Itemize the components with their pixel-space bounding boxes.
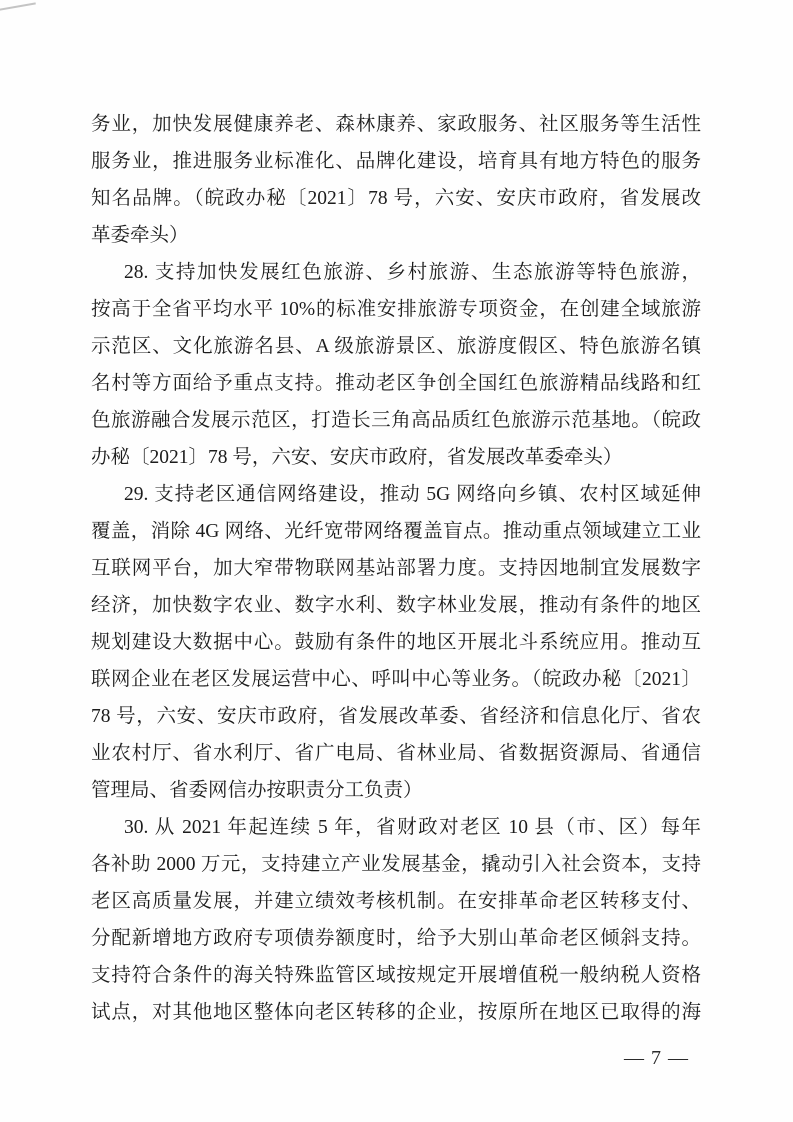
- text-line: 联网企业在老区发展运营中心、呼叫中心等业务。（皖政办秘〔2021〕: [91, 661, 701, 698]
- paragraph-27-continuation: 务业，加快发展健康养老、森林康养、家政服务、社区服务等生活性 服务业，推进服务业…: [91, 106, 701, 254]
- text-line: 28. 支持加快发展红色旅游、乡村旅游、生态旅游等特色旅游，: [91, 254, 701, 291]
- text-line: 革委牵头）: [91, 217, 701, 254]
- document-page: 务业，加快发展健康养老、森林康养、家政服务、社区服务等生活性 服务业，推进服务业…: [0, 0, 793, 1122]
- text-line: 知名品牌。（皖政办秘〔2021〕78 号，六安、安庆市政府，省发展改: [91, 180, 701, 217]
- scan-artifact: [0, 2, 36, 11]
- text-line: 办秘〔2021〕78 号，六安、安庆市政府，省发展改革委牵头）: [91, 439, 701, 476]
- text-line: 29. 支持老区通信网络建设，推动 5G 网络向乡镇、农村区域延伸: [91, 476, 701, 513]
- text-line: 互联网平台，加大窄带物联网基站部署力度。支持因地制宜发展数字: [91, 550, 701, 587]
- text-line: 老区高质量发展，并建立绩效考核机制。在安排革命老区转移支付、: [91, 883, 701, 920]
- paragraph-28: 28. 支持加快发展红色旅游、乡村旅游、生态旅游等特色旅游， 按高于全省平均水平…: [91, 254, 701, 476]
- text-line: 示范区、文化旅游名县、A 级旅游景区、旅游度假区、特色旅游名镇: [91, 328, 701, 365]
- text-line: 试点，对其他地区整体向老区转移的企业，按原所在地区已取得的海: [91, 994, 701, 1031]
- document-body: 务业，加快发展健康养老、森林康养、家政服务、社区服务等生活性 服务业，推进服务业…: [91, 106, 701, 1031]
- text-line: 按高于全省平均水平 10%的标准安排旅游专项资金，在创建全域旅游: [91, 291, 701, 328]
- text-line: 服务业，推进服务业标准化、品牌化建设，培育具有地方特色的服务: [91, 143, 701, 180]
- text-line: 规划建设大数据中心。鼓励有条件的地区开展北斗系统应用。推动互: [91, 624, 701, 661]
- text-line: 经济，加快数字农业、数字水利、数字林业发展，推动有条件的地区: [91, 587, 701, 624]
- paragraph-30: 30. 从 2021 年起连续 5 年，省财政对老区 10 县（市、区）每年 各…: [91, 809, 701, 1031]
- text-line: 30. 从 2021 年起连续 5 年，省财政对老区 10 县（市、区）每年: [91, 809, 701, 846]
- text-line: 色旅游融合发展示范区，打造长三角高品质红色旅游示范基地。（皖政: [91, 402, 701, 439]
- text-line: 支持符合条件的海关特殊监管区域按规定开展增值税一般纳税人资格: [91, 957, 701, 994]
- page-number: — 7 —: [624, 1044, 714, 1072]
- text-line: 业农村厅、省水利厅、省广电局、省林业局、省数据资源局、省通信: [91, 735, 701, 772]
- text-line: 管理局、省委网信办按职责分工负责）: [91, 772, 701, 809]
- text-line: 各补助 2000 万元，支持建立产业发展基金，撬动引入社会资本，支持: [91, 846, 701, 883]
- text-line: 务业，加快发展健康养老、森林康养、家政服务、社区服务等生活性: [91, 106, 701, 143]
- text-line: 名村等方面给予重点支持。推动老区争创全国红色旅游精品线路和红: [91, 365, 701, 402]
- paragraph-29: 29. 支持老区通信网络建设，推动 5G 网络向乡镇、农村区域延伸 覆盖，消除 …: [91, 476, 701, 809]
- text-line: 分配新增地方政府专项债券额度时，给予大别山革命老区倾斜支持。: [91, 920, 701, 957]
- text-line: 78 号，六安、安庆市政府，省发展改革委、省经济和信息化厅、省农: [91, 698, 701, 735]
- text-line: 覆盖，消除 4G 网络、光纤宽带网络覆盖盲点。推动重点领域建立工业: [91, 513, 701, 550]
